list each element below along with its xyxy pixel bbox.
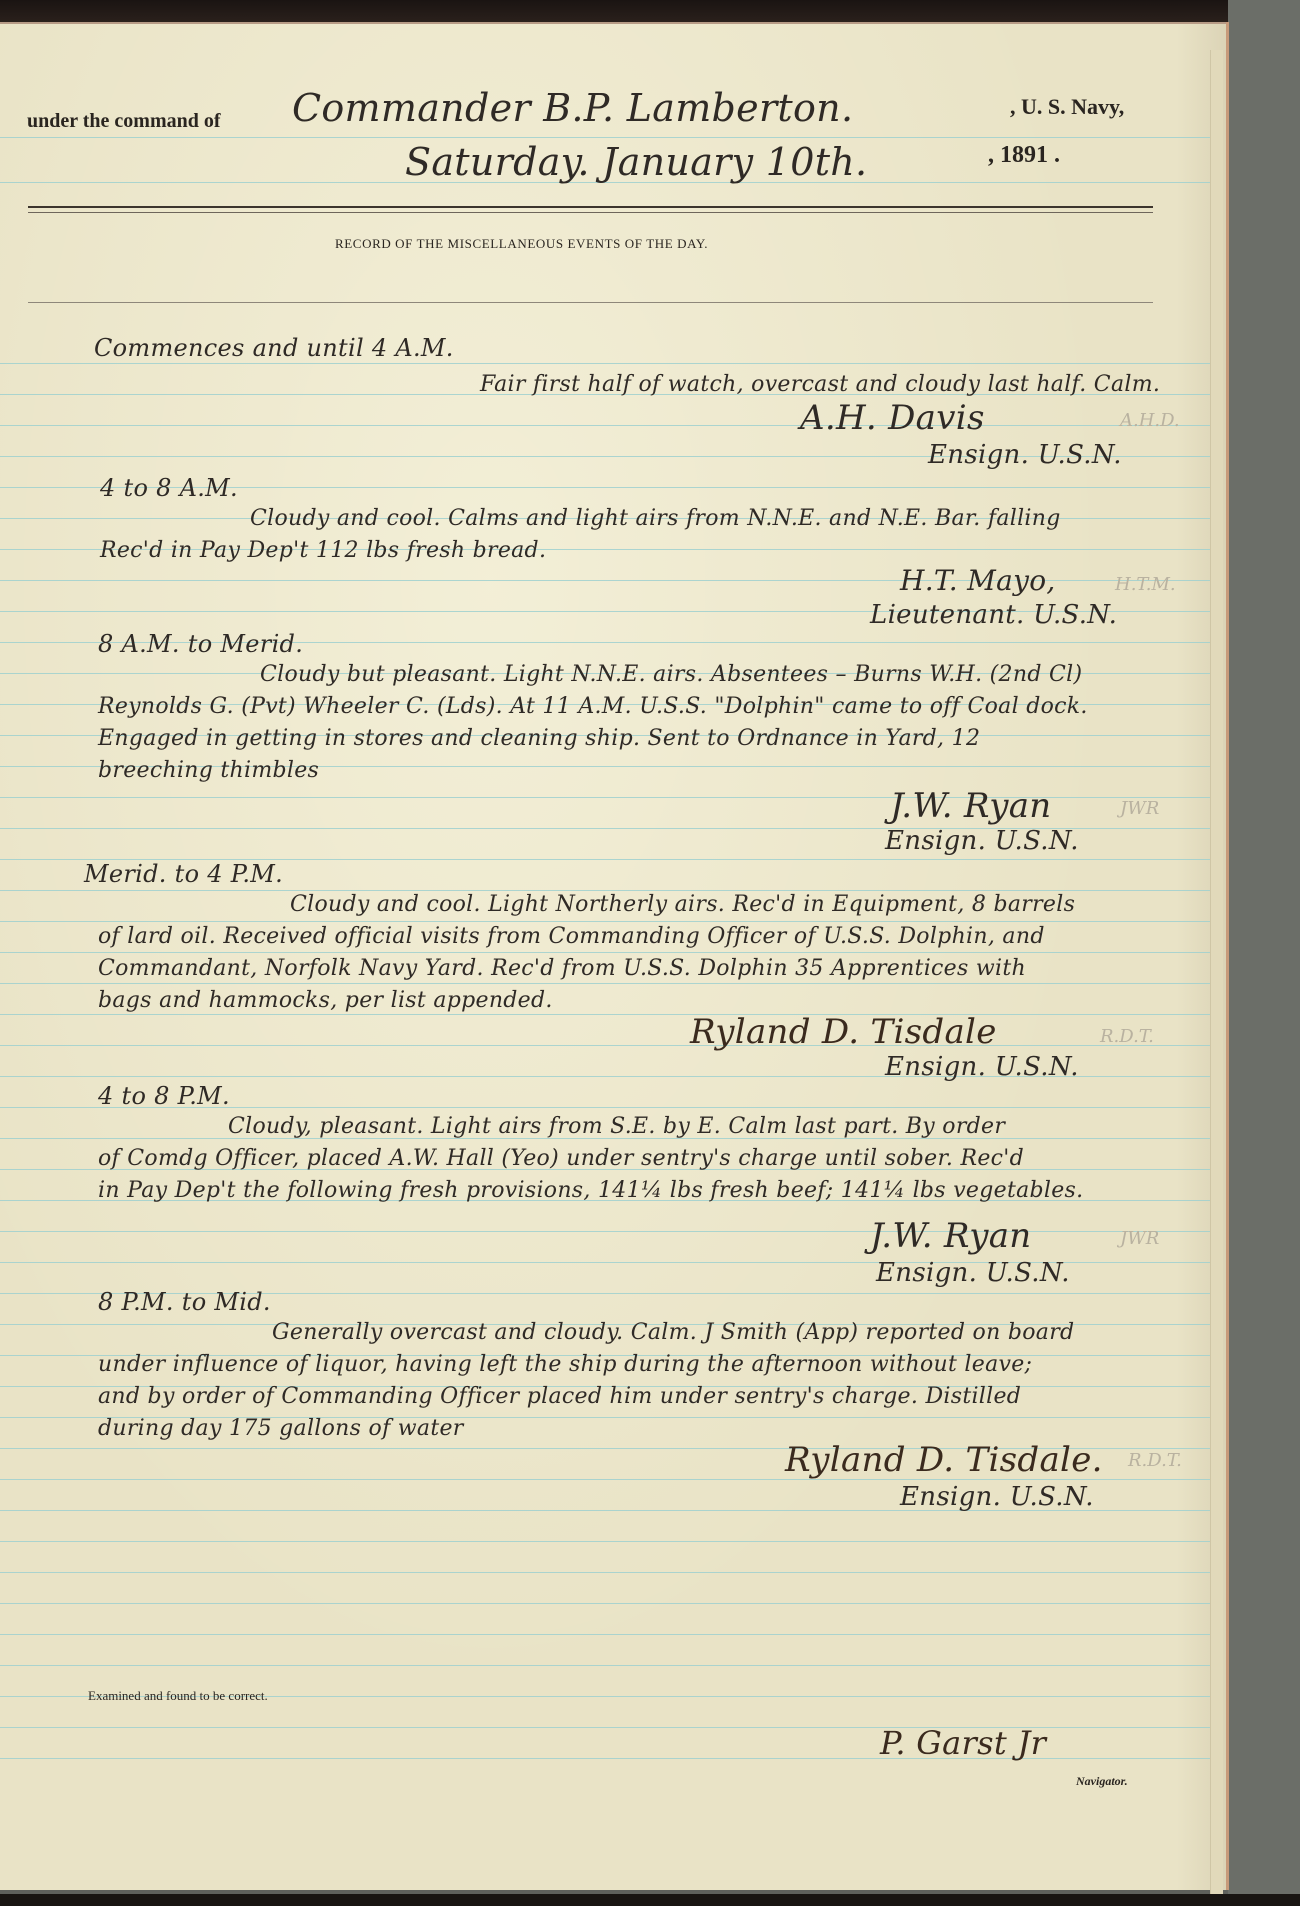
entry-line: Cloudy and cool. Calms and light airs fr…	[250, 506, 1061, 531]
officer-signature: H.T. Mayo,	[900, 564, 1056, 597]
officer-signature: Ryland D. Tisdale.	[785, 1440, 1103, 1480]
officer-signature: J.W. Ryan	[870, 1216, 1032, 1256]
book-bottom-edge	[0, 1894, 1300, 1906]
navigator-label: Navigator.	[1076, 1774, 1128, 1789]
officer-rank: Ensign. U.S.N.	[900, 1482, 1094, 1512]
entry-line: during day 175 gallons of water	[98, 1416, 464, 1441]
entry-line: Fair first half of watch, overcast and c…	[480, 372, 1160, 397]
entry-line: Cloudy and cool. Light Northerly airs. R…	[290, 892, 1075, 917]
entry-line: of Comdg Officer, placed A.W. Hall (Yeo)…	[98, 1146, 1024, 1171]
entry-line: Generally overcast and cloudy. Calm. J S…	[272, 1320, 1074, 1345]
examined-statement: Examined and found to be correct.	[88, 1688, 268, 1704]
background-surface	[1228, 0, 1300, 1906]
command-prefix: under the command of	[27, 110, 221, 133]
header-divider	[28, 206, 1153, 208]
officer-initials: JWR	[1120, 798, 1159, 819]
officer-rank: Ensign. U.S.N.	[885, 826, 1079, 856]
entry-line: Cloudy, pleasant. Light airs from S.E. b…	[228, 1114, 1005, 1139]
watch-period: Merid. to 4 P.M.	[84, 860, 283, 888]
logbook-page: under the command of Commander B.P. Lamb…	[0, 22, 1229, 1890]
entry-line: and by order of Commanding Officer place…	[98, 1384, 1021, 1409]
service-label: , U. S. Navy,	[1010, 94, 1124, 120]
officer-signature: Ryland D. Tisdale	[690, 1012, 997, 1052]
officer-initials: R.D.T.	[1128, 1450, 1182, 1471]
watch-period: 4 to 8 A.M.	[100, 474, 238, 502]
commander-name: Commander B.P. Lamberton.	[292, 86, 853, 130]
officer-rank: Ensign. U.S.N.	[876, 1258, 1070, 1288]
officer-initials: H.T.M.	[1115, 574, 1176, 595]
officer-signature: J.W. Ryan	[890, 786, 1052, 826]
watch-period: 4 to 8 P.M.	[98, 1082, 230, 1110]
entry-line: bags and hammocks, per list appended.	[98, 988, 553, 1013]
officer-rank: Lieutenant. U.S.N.	[870, 600, 1117, 630]
entry-line: of lard oil. Received official visits fr…	[98, 924, 1045, 949]
entry-line: Commandant, Norfolk Navy Yard. Rec'd fro…	[98, 956, 1026, 981]
entry-line: Rec'd in Pay Dep't 112 lbs fresh bread.	[100, 538, 546, 563]
officer-initials: R.D.T.	[1100, 1026, 1154, 1047]
watch-period: 8 A.M. to Merid.	[98, 630, 303, 658]
officer-initials: JWR	[1120, 1228, 1159, 1249]
log-date: Saturday. January 10th.	[405, 140, 867, 184]
entry-line: in Pay Dep't the following fresh provisi…	[98, 1178, 1083, 1203]
section-title: RECORD OF THE MISCELLANEOUS EVENTS OF TH…	[335, 236, 708, 252]
officer-signature: A.H. Davis	[800, 398, 985, 438]
entry-line: Reynolds G. (Pvt) Wheeler C. (Lds). At 1…	[98, 694, 1088, 719]
section-divider	[28, 302, 1153, 303]
entry-line: Cloudy but pleasant. Light N.N.E. airs. …	[260, 662, 1082, 687]
watch-period: Commences and until 4 A.M.	[94, 334, 454, 362]
entry-line: breeching thimbles	[98, 758, 319, 783]
officer-initials: A.H.D.	[1120, 410, 1180, 431]
navigator-signature: P. Garst Jr	[880, 1724, 1046, 1762]
officer-rank: Ensign. U.S.N.	[928, 440, 1122, 470]
watch-period: 8 P.M. to Mid.	[98, 1288, 271, 1316]
header-divider-thin	[28, 212, 1153, 213]
page-edge	[1210, 50, 1223, 1906]
log-year: , 1891 .	[988, 142, 1060, 169]
entry-line: Engaged in getting in stores and cleanin…	[98, 726, 980, 751]
entry-line: under influence of liquor, having left t…	[98, 1352, 1032, 1377]
officer-rank: Ensign. U.S.N.	[885, 1052, 1079, 1082]
